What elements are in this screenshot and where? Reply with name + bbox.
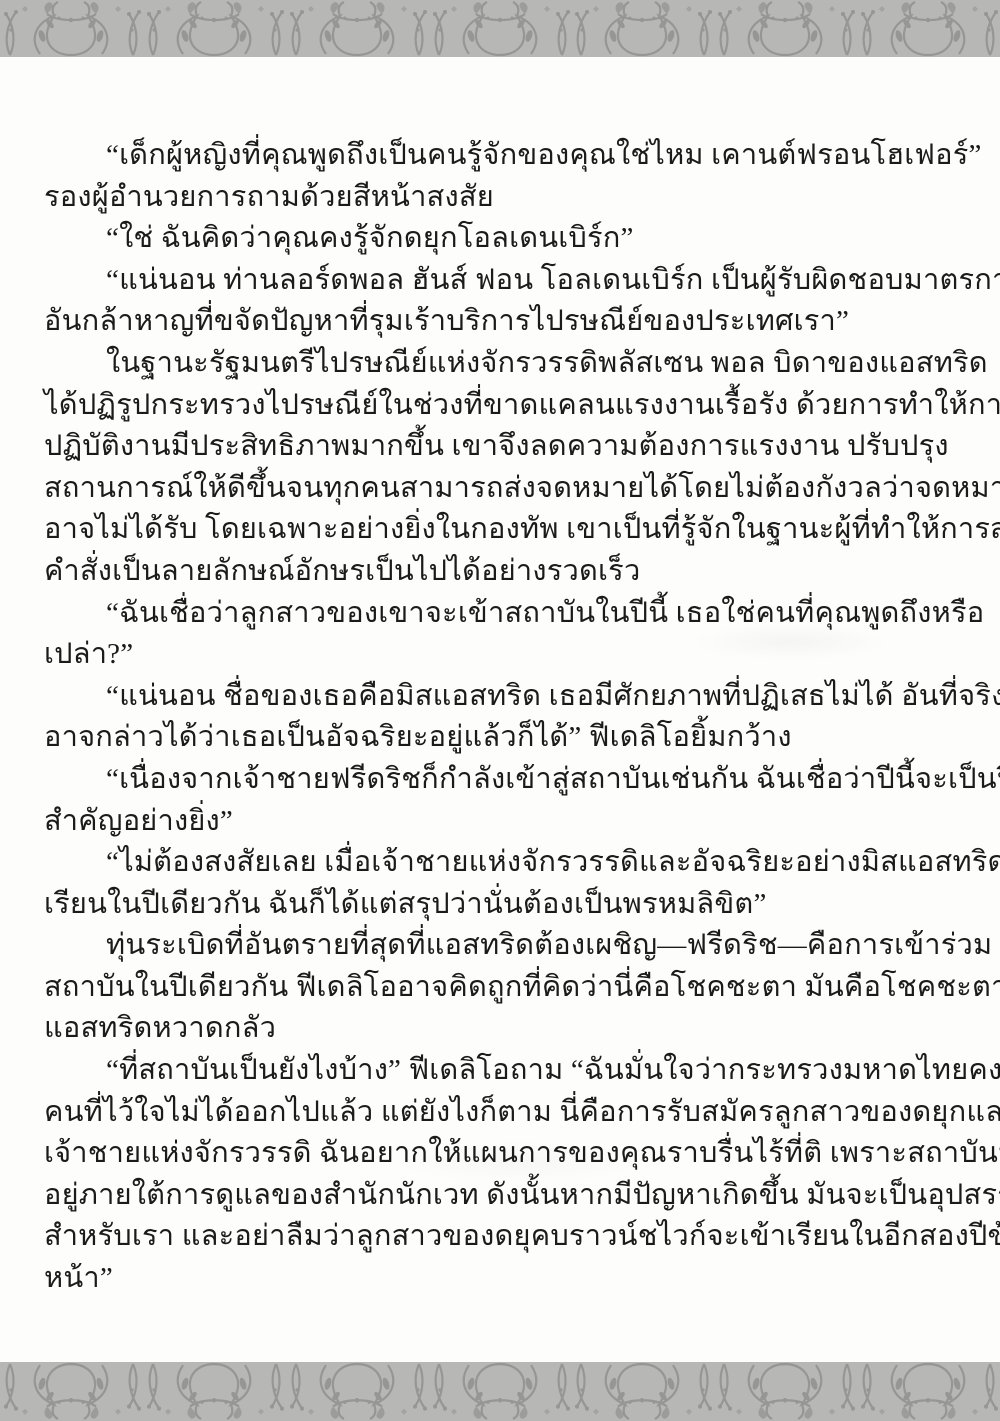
- text-line: “เด็กผู้หญิงที่คุณพูดถึงเป็นคนรู้จักของค…: [44, 135, 988, 177]
- text-line: แอสทริดหวาดกลัว: [44, 1008, 988, 1050]
- text-line: เจ้าชายแห่งจักรวรรดิ ฉันอยากให้แผนการของ…: [44, 1133, 988, 1175]
- text-line: ได้ปฏิรูปกระทรวงไปรษณีย์ในช่วงที่ขาดแคลน…: [44, 385, 988, 427]
- text-line: หน้า”: [44, 1258, 988, 1300]
- text-line: อยู่ภายใต้การดูแลของสำนักนักเวท ดังนั้นห…: [44, 1175, 988, 1217]
- text-line: “ไม่ต้องสงสัยเลย เมื่อเจ้าชายแห่งจักรวรร…: [44, 842, 988, 884]
- text-line: คนที่ไว้ใจไม่ได้ออกไปแล้ว แต่ยังไงก็ตาม …: [44, 1092, 988, 1134]
- text-line: สำคัญอย่างยิ่ง”: [44, 801, 988, 843]
- text-line: “แน่นอน ชื่อของเธอคือมิสแอสทริด เธอมีศัก…: [44, 676, 988, 718]
- text-line: อาจกล่าวได้ว่าเธอเป็นอัจฉริยะอยู่แล้วก็ไ…: [44, 717, 988, 759]
- text-line: “เนื่องจากเจ้าชายฟรีดริชก็กำลังเข้าสู่สถ…: [44, 759, 988, 801]
- text-line: เปล่า?”: [44, 634, 988, 676]
- text-line: “ใช่ ฉันคิดว่าคุณคงรู้จักดยุกโอลเดนเบิร์…: [44, 218, 988, 260]
- text-line: อาจไม่ได้รับ โดยเฉพาะอย่างยิ่งในกองทัพ เ…: [44, 509, 988, 551]
- text-line: “ฉันเชื่อว่าลูกสาวของเขาจะเข้าสถาบันในปี…: [44, 593, 988, 635]
- text-line: คำสั่งเป็นลายลักษณ์อักษรเป็นไปได้อย่างรว…: [44, 551, 988, 593]
- damask-pattern-icon: [0, 0, 1000, 57]
- text-line: อันกล้าหาญที่ขจัดปัญหาที่รุมเร้าบริการไป…: [44, 301, 988, 343]
- damask-pattern-icon: [0, 1362, 1000, 1421]
- text-line: สถานการณ์ให้ดีขึ้นจนทุกคนสามารถส่งจดหมาย…: [44, 468, 988, 510]
- text-line: ทุ่นระเบิดที่อันตรายที่สุดที่แอสทริดต้อง…: [44, 925, 988, 967]
- page: “เด็กผู้หญิงที่คุณพูดถึงเป็นคนรู้จักของค…: [0, 57, 1000, 1362]
- text-line: “แน่นอน ท่านลอร์ดพอล ฮันส์ ฟอน โอลเดนเบิ…: [44, 260, 988, 302]
- text-line: “ที่สถาบันเป็นยังไงบ้าง” ฟีเดลิโอถาม “ฉั…: [44, 1050, 988, 1092]
- text-line: สำหรับเรา และอย่าลืมว่าลูกสาวของดยุคบราว…: [44, 1216, 988, 1258]
- text-line: ปฏิบัติงานมีประสิทธิภาพมากขึ้น เขาจึงลดค…: [44, 426, 988, 468]
- bottom-ornament-border: [0, 1362, 1000, 1421]
- text-line: เรียนในปีเดียวกัน ฉันก็ได้แต่สรุปว่านั่น…: [44, 884, 988, 926]
- top-ornament-border: [0, 0, 1000, 57]
- text-line: รองผู้อำนวยการถามด้วยสีหน้าสงสัย: [44, 177, 988, 219]
- text-line: สถาบันในปีเดียวกัน ฟีเดลิโออาจคิดถูกที่ค…: [44, 967, 988, 1009]
- text-line: ในฐานะรัฐมนตรีไปรษณีย์แห่งจักรวรรดิพลัสเ…: [44, 343, 988, 385]
- novel-text-body: “เด็กผู้หญิงที่คุณพูดถึงเป็นคนรู้จักของค…: [44, 135, 988, 1300]
